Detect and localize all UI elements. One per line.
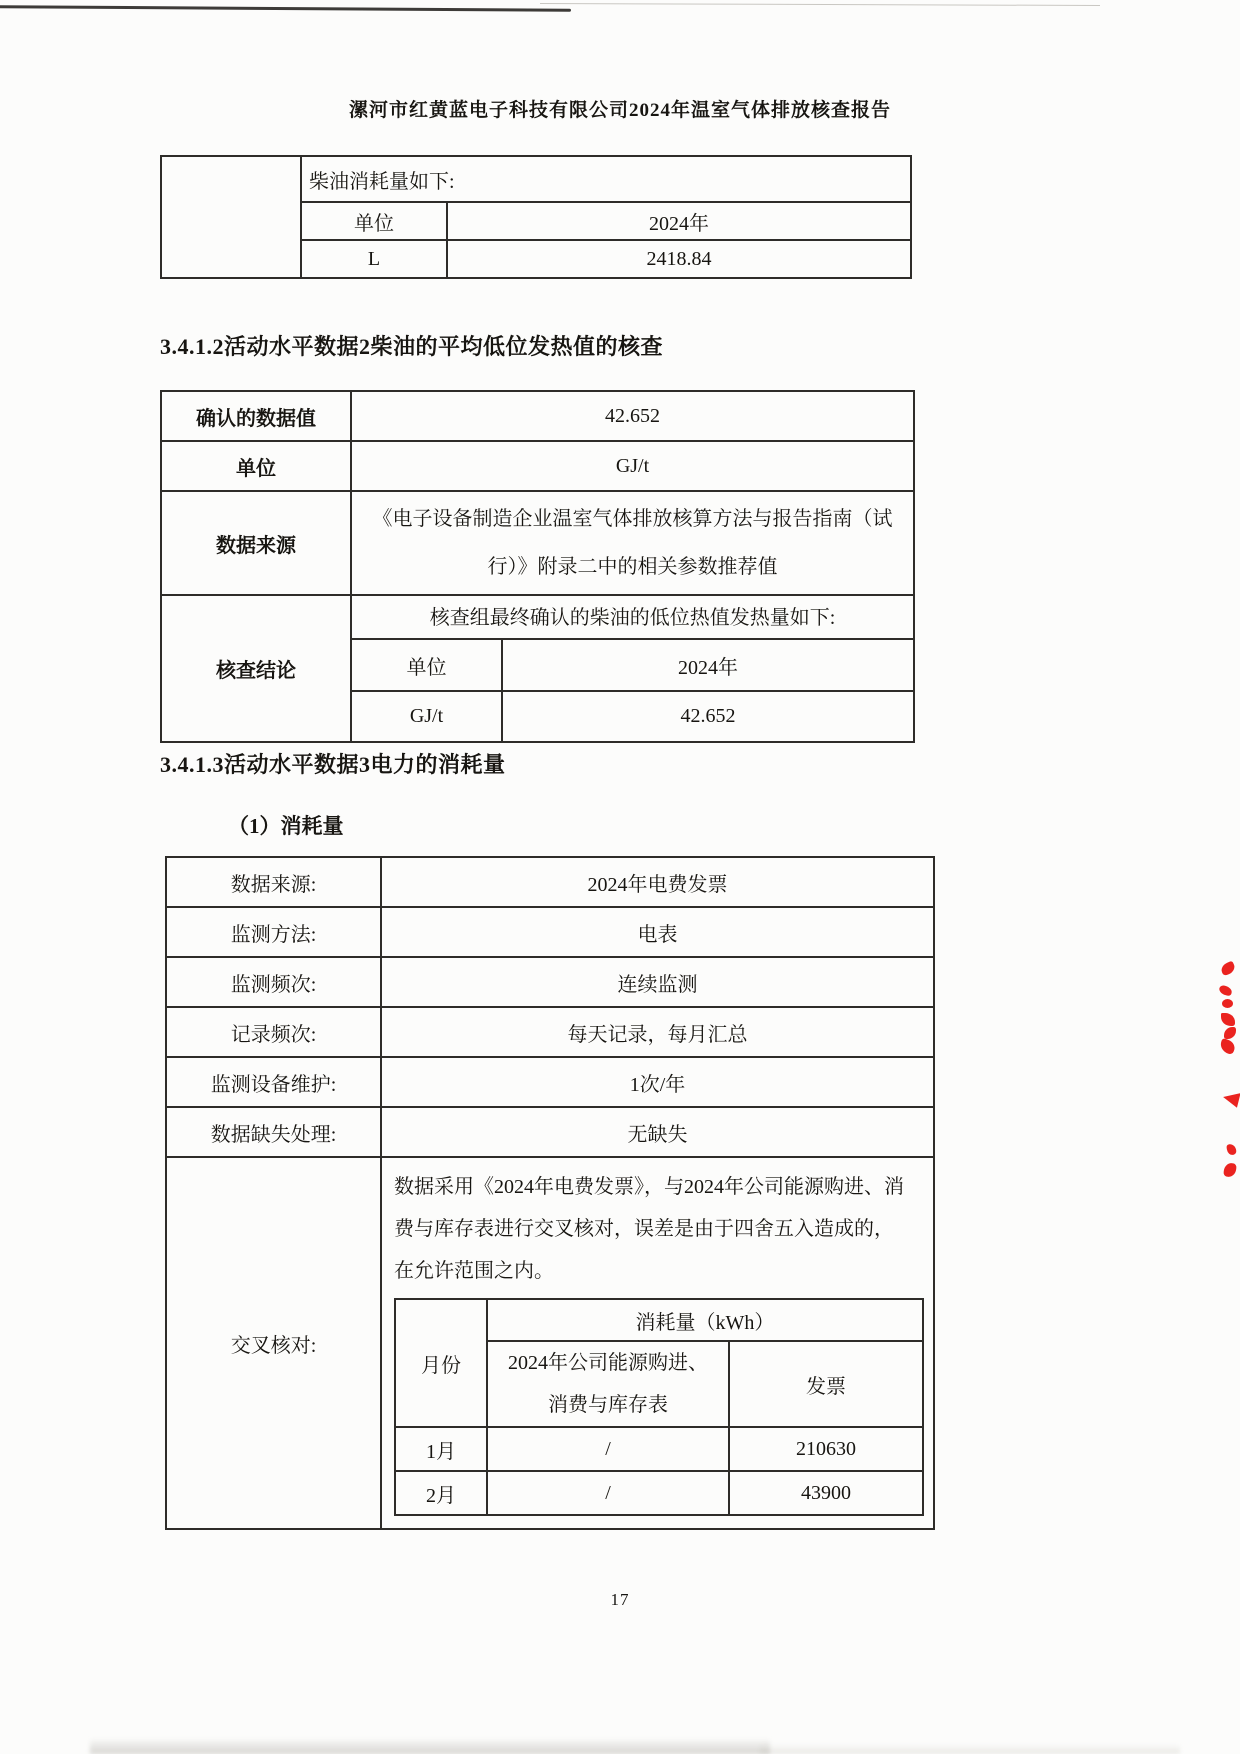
seal-fragment [1219,961,1236,977]
invoice-column-header: 发票 [729,1341,923,1427]
page-number: 17 [0,1590,1240,1610]
consumption-group-header: 消耗量（kWh） [487,1299,923,1341]
scan-artifact-bottom-smudge [90,1738,770,1754]
scan-artifact-top-line [0,5,571,12]
row-value: 每天记录，每月汇总 [381,1007,934,1057]
seal-fragment [1222,999,1233,1008]
row-value: 无缺失 [381,1107,934,1157]
invoice-cell: 210630 [729,1427,923,1471]
energy-cell: / [487,1427,729,1471]
row-label: 数据来源: [166,857,381,907]
confirmed-value-label: 确认的数据值 [161,391,351,441]
energy-cell: / [487,1471,729,1515]
conclusion-label: 核查结论 [161,595,351,742]
row-value: 连续监测 [381,957,934,1007]
electricity-consumption-table: 数据来源: 2024年电费发票 监测方法: 电表 监测频次: 连续监测 记录频次… [165,856,935,1530]
conclusion-unit-value: GJ/t [352,691,502,741]
section-heading-3413: 3.4.1.3活动水平数据3电力的消耗量 [160,748,506,779]
scan-artifact-bottom-smudge [760,1744,1180,1754]
row-value: 电表 [381,907,934,957]
conclusion-inner-table: 单位 2024年 GJ/t 42.652 [352,638,913,741]
unit-value: GJ/t [351,441,914,491]
row-label: 监测设备维护: [166,1057,381,1107]
seal-fragment [1218,1038,1237,1055]
cross-check-text: 数据采用《2024年电费发票》，与2024年公司能源购进、消费与库存表进行交叉核… [394,1166,911,1292]
empty-label-cell [161,156,301,278]
row-value: 2024年电费发票 [381,857,934,907]
unit-label: 单位 [161,441,351,491]
seal-fragment [1224,1027,1236,1039]
subheading-consumption: （1）消耗量 [228,810,344,840]
diesel-unit-value: L [301,240,447,278]
month-column-header: 月份 [395,1299,487,1427]
document-page: 漯河市红黄蓝电子科技有限公司2024年温室气体排放核查报告 柴油消耗量如下: 单… [0,0,1240,1754]
document-header-title: 漯河市红黄蓝电子科技有限公司2024年温室气体排放核查报告 [0,95,1240,122]
heating-value-verification-table: 确认的数据值 42.652 单位 GJ/t 数据来源 《电子设备制造企业温室气体… [160,390,915,743]
conclusion-note: 核查组最终确认的柴油的低位热值发热量如下: [352,596,913,638]
scan-artifact-top-line-faint [540,3,1100,6]
seal-fragment [1221,1013,1235,1026]
conclusion-col-year: 2024年 [502,639,913,691]
diesel-col-year: 2024年 [447,202,911,240]
seal-fragment [1221,1089,1240,1107]
confirmed-value: 42.652 [351,391,914,441]
month-cell: 1月 [395,1427,487,1471]
month-cell: 2月 [395,1471,487,1515]
row-label: 记录频次: [166,1007,381,1057]
row-label: 数据缺失处理: [166,1107,381,1157]
seal-fragment [1223,1162,1237,1178]
data-source-value: 《电子设备制造企业温室气体排放核算方法与报告指南（试行）》附录二中的相关参数推荐… [351,491,914,595]
section-heading-3412: 3.4.1.2活动水平数据2柴油的平均低位发热值的核查 [160,330,663,361]
diesel-consumption-table: 柴油消耗量如下: 单位 2024年 L 2418.84 [160,155,912,279]
conclusion-col-unit: 单位 [352,639,502,691]
cross-check-cell: 数据采用《2024年电费发票》，与2024年公司能源购进、消费与库存表进行交叉核… [381,1157,934,1529]
diesel-amount-value: 2418.84 [447,240,911,278]
cross-check-comparison-table: 月份 消耗量（kWh） 2024年公司能源购进、消费与库存表 发票 1月 / 2… [394,1298,924,1516]
diesel-note: 柴油消耗量如下: [301,156,911,202]
conclusion-heating-value: 42.652 [502,691,913,741]
cross-check-label: 交叉核对: [166,1157,381,1529]
diesel-col-unit: 单位 [301,202,447,240]
seal-fragment [1218,984,1233,996]
seal-fragment [1226,1143,1237,1155]
row-label: 监测频次: [166,957,381,1007]
invoice-cell: 43900 [729,1471,923,1515]
conclusion-cell: 核查组最终确认的柴油的低位热值发热量如下: 单位 2024年 GJ/t 42.6… [351,595,914,742]
data-source-label: 数据来源 [161,491,351,595]
row-value: 1次/年 [381,1057,934,1107]
energy-table-column-header: 2024年公司能源购进、消费与库存表 [487,1341,729,1427]
row-label: 监测方法: [166,907,381,957]
